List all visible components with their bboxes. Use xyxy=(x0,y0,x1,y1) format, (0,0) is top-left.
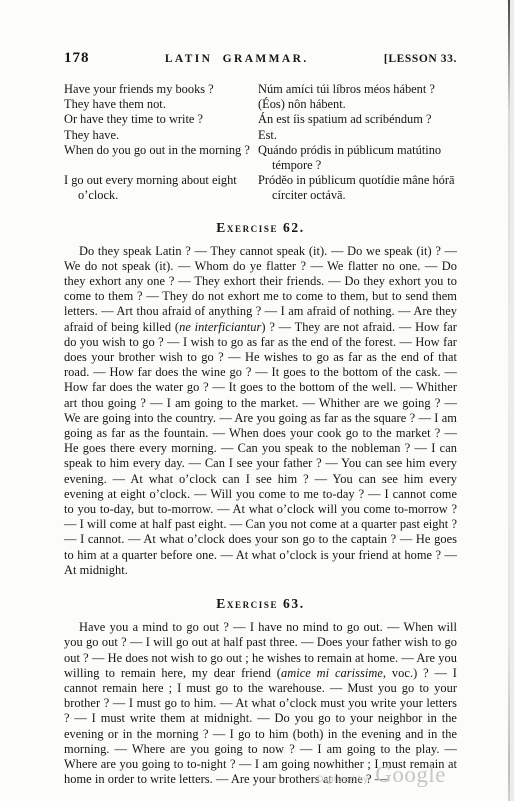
phrase-row: They have. Est. xyxy=(64,128,457,143)
exercise-63-latin-note: amice mi carissime xyxy=(281,666,383,680)
phrase-row: I go out every morning about eight o’clo… xyxy=(64,173,457,203)
phrase-english: Or have they time to write ? xyxy=(64,112,258,127)
phrase-row: When do you go out in the morning ? Quán… xyxy=(64,143,457,173)
book-page: 178 LATIN GRAMMAR. [LESSON 33. Have your… xyxy=(0,0,514,801)
phrase-english: They have them not. xyxy=(64,97,258,112)
phrase-row: They have them not. (Éos) nôn hábent. xyxy=(64,97,457,112)
phrase-latin: Quándo pródis in públicum matútino témpo… xyxy=(258,143,457,173)
phrase-english: I go out every morning about eight o’clo… xyxy=(64,173,258,203)
page-content: 178 LATIN GRAMMAR. [LESSON 33. Have your… xyxy=(0,0,514,787)
phrase-latin: Án est íis spatium ad scribéndum ? xyxy=(258,112,457,127)
watermark: Digitized by Google xyxy=(317,762,446,788)
exercise-63-heading: Exercise 63. xyxy=(64,596,457,612)
page-number: 178 xyxy=(64,50,90,67)
digitized-by-text: Digitized by xyxy=(317,774,368,784)
phrase-english: Have your friends my books ? xyxy=(64,82,258,97)
phrase-latin: Est. xyxy=(258,128,457,143)
phrase-english: When do you go out in the morning ? xyxy=(64,143,258,173)
lesson-reference: [LESSON 33. xyxy=(384,53,457,65)
phrase-row: Or have they time to write ? Án est íis … xyxy=(64,112,457,127)
scan-edge-shadow xyxy=(510,0,514,801)
phrase-english: They have. xyxy=(64,128,258,143)
phrase-latin: Pródĕo in públicum quotídie mâne hórā cí… xyxy=(258,173,457,203)
exercise-62-latin-note: ne interficiantur xyxy=(179,320,261,334)
page-header: 178 LATIN GRAMMAR. [LESSON 33. xyxy=(64,50,457,67)
exercise-62-text: ) ? — They are not afraid. — How far do … xyxy=(64,320,457,577)
scan-edge-line xyxy=(508,0,510,801)
running-title: LATIN GRAMMAR. xyxy=(165,53,309,65)
google-logo: Google xyxy=(375,762,446,788)
exercise-62-body: Do they speak Latin ? — They cannot spea… xyxy=(64,244,457,578)
phrase-latin: (Éos) nôn hábent. xyxy=(258,97,457,112)
phrase-table: Have your friends my books ? Núm amíci t… xyxy=(64,82,457,204)
phrase-latin: Núm amíci túi líbros méos hábent ? xyxy=(258,82,457,97)
phrase-row: Have your friends my books ? Núm amíci t… xyxy=(64,82,457,97)
exercise-62-heading: Exercise 62. xyxy=(64,220,457,236)
